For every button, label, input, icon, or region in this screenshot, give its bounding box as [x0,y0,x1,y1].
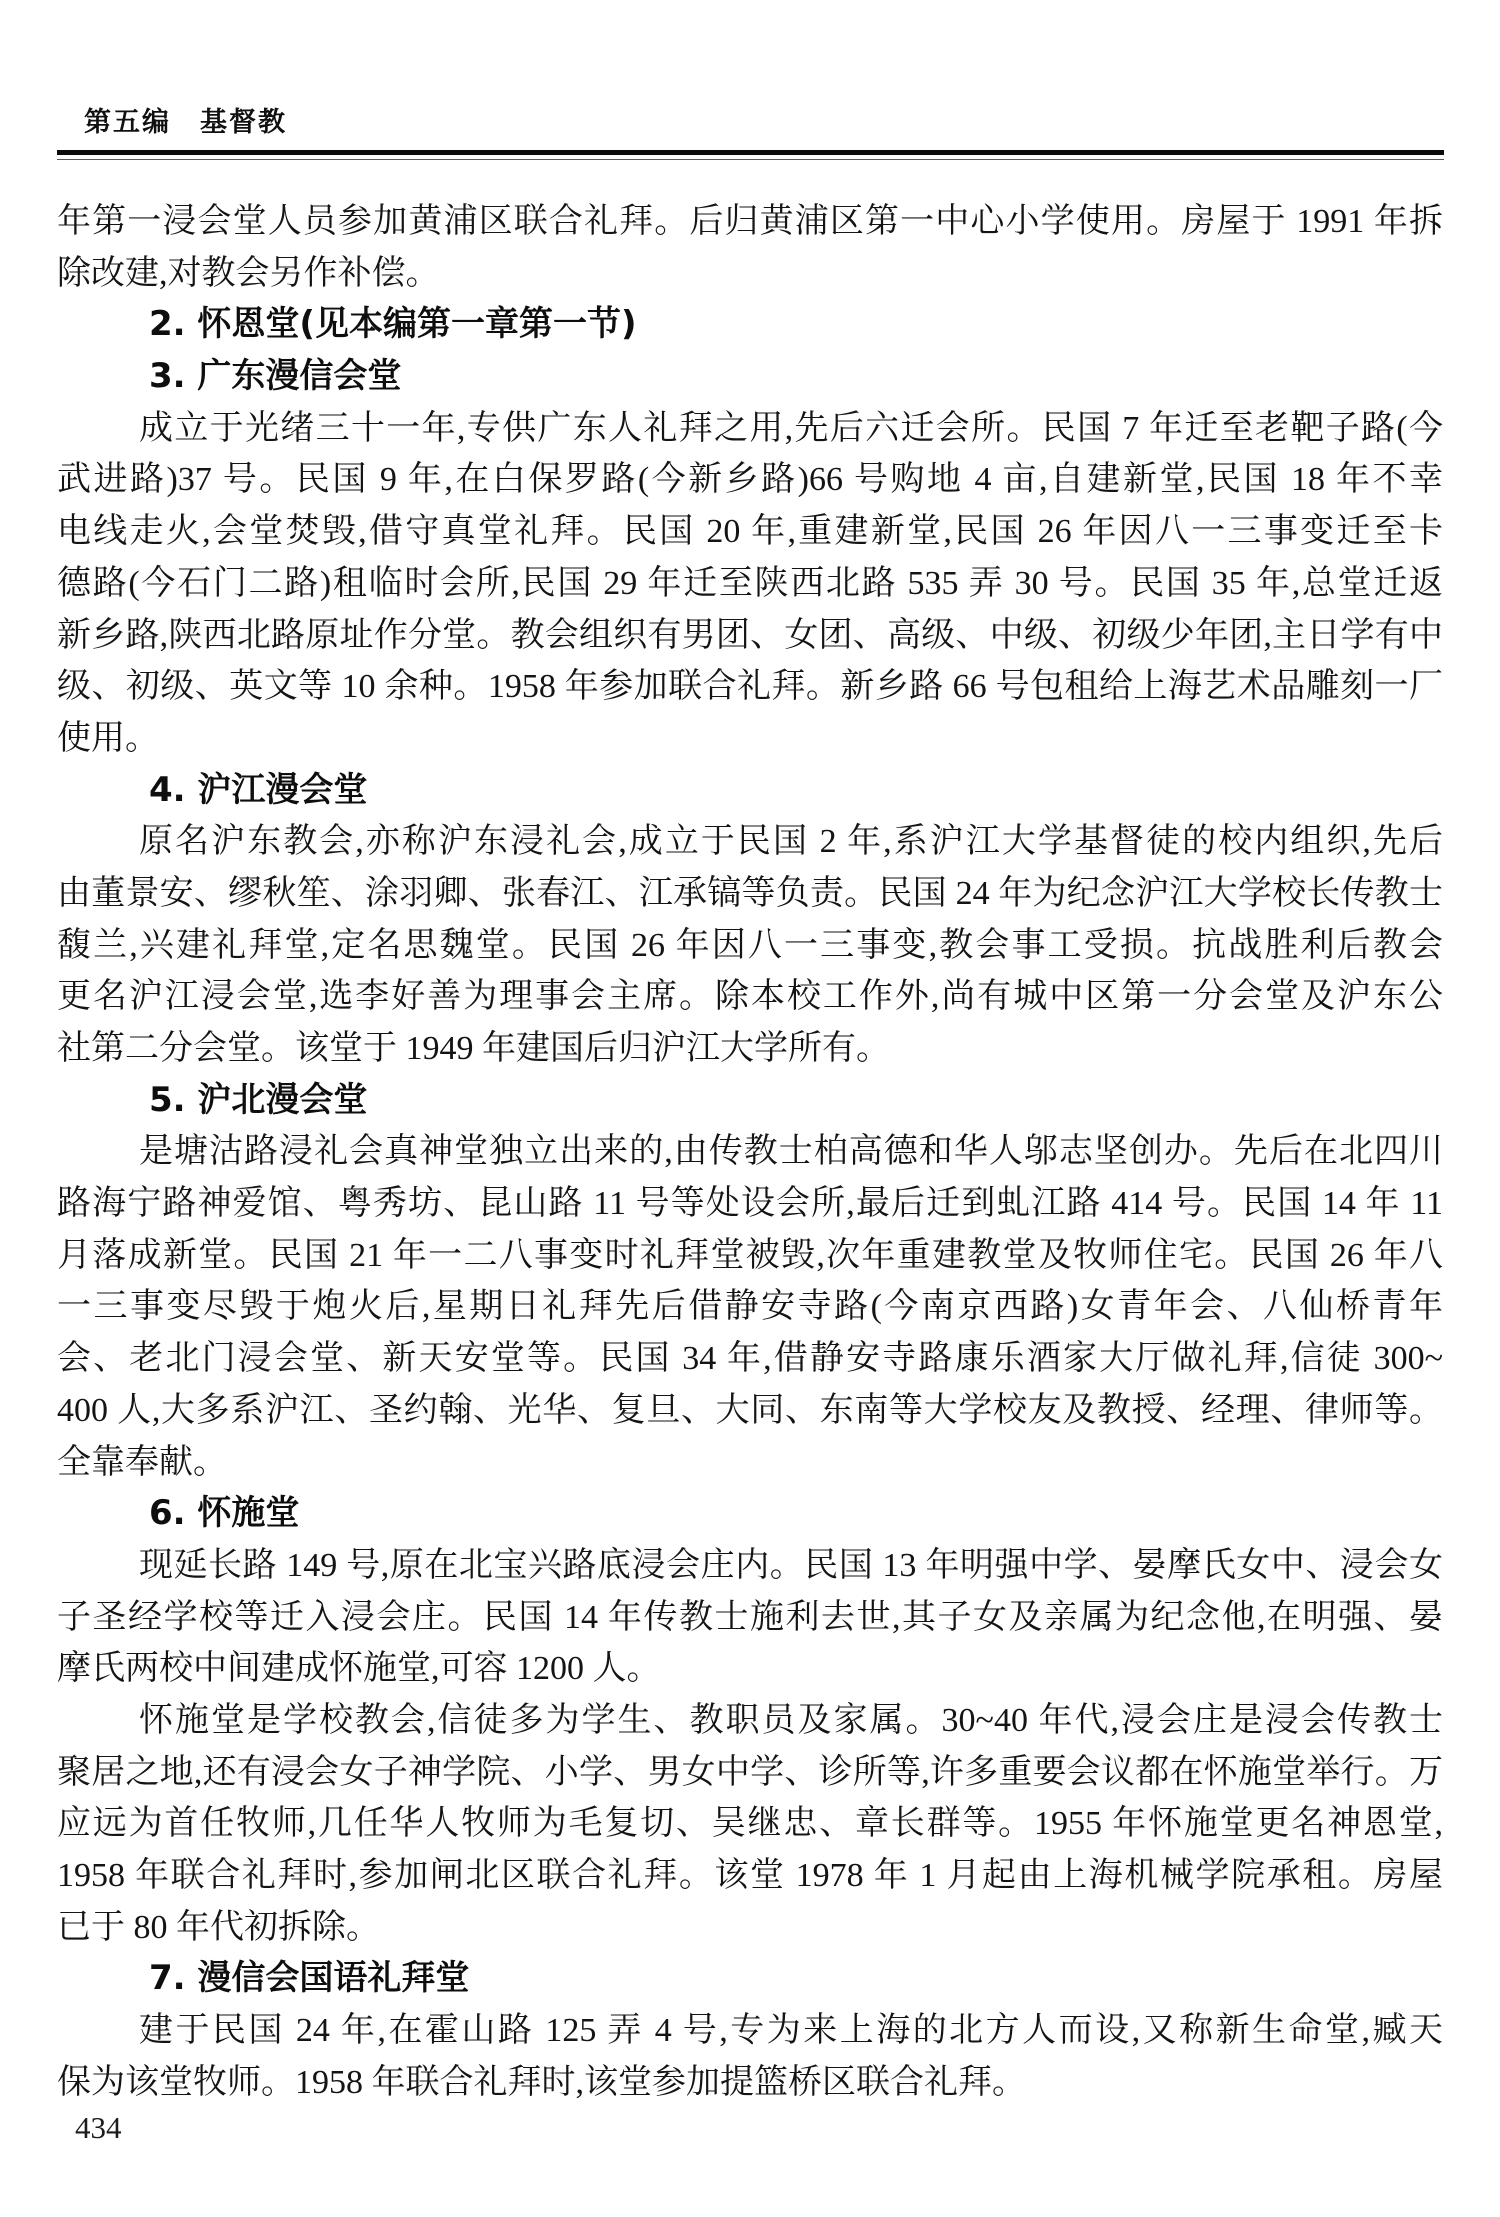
section-heading: 5. 沪北漫会堂 [57,1075,1443,1127]
section-heading: 7. 漫信会国语礼拜堂 [57,1953,1443,2005]
text-line: 电线走火,会堂焚毁,借守真堂礼拜。民国 20 年,重建新堂,民国 26 年因八一… [57,506,1443,558]
text-line: 现延长路 149 号,原在北宝兴路底浸会庄内。民国 13 年明强中学、晏摩氏女中… [57,1540,1443,1592]
text-line: 子圣经学校等迁入浸会庄。民国 14 年传教士施利去世,其子女及亲属为纪念他,在明… [57,1592,1443,1644]
text-line: 400 人,大多系沪江、圣约翰、光华、复旦、大同、东南等大学校友及教授、经理、律… [57,1385,1443,1437]
section-heading: 2. 怀恩堂(见本编第一章第一节) [57,299,1443,351]
section-heading: 3. 广东漫信会堂 [57,351,1443,403]
text-line: 社第二分会堂。该堂于 1949 年建国后归沪江大学所有。 [57,1023,1443,1075]
header-rule-thick [57,150,1444,155]
text-line: 成立于光绪三十一年,专供广东人礼拜之用,先后六迁会所。民国 7 年迁至老靶子路(… [57,403,1443,455]
text-line: 馥兰,兴建礼拜堂,定名思魏堂。民国 26 年因八一三事变,教会事工受损。抗战胜利… [57,920,1443,972]
text-line: 路海宁路神爱馆、粤秀坊、昆山路 11 号等处设会所,最后迁到虬江路 414 号。… [57,1178,1443,1230]
text-line: 摩氏两校中间建成怀施堂,可容 1200 人。 [57,1643,1443,1695]
text-line: 德路(今石门二路)租临时会所,民国 29 年迁至陕西北路 535 弄 30 号。… [57,558,1443,610]
section-heading: 4. 沪江漫会堂 [57,765,1443,817]
text-line: 更名沪江浸会堂,选李好善为理事会主席。除本校工作外,尚有城中区第一分会堂及沪东公 [57,971,1443,1023]
text-line: 由董景安、缪秋笙、涂羽卿、张春江、江承镐等负责。民国 24 年为纪念沪江大学校长… [57,868,1443,920]
text-line: 已于 80 年代初拆除。 [57,1902,1443,1954]
text-line: 级、初级、英文等 10 余种。1958 年参加联合礼拜。新乡路 66 号包租给上… [57,661,1443,713]
page-body: 年第一浸会堂人员参加黄浦区联合礼拜。后归黄浦区第一中心小学使用。房屋于 1991… [57,196,1443,2108]
header-rule-thin [57,159,1444,160]
text-line: 1958 年联合礼拜时,参加闸北区联合礼拜。该堂 1978 年 1 月起由上海机… [57,1850,1443,1902]
text-line: 使用。 [57,713,1443,765]
text-line: 原名沪东教会,亦称沪东浸礼会,成立于民国 2 年,系沪江大学基督徒的校内组织,先… [57,816,1443,868]
text-line: 怀施堂是学校教会,信徒多为学生、教职员及家属。30~40 年代,浸会庄是浸会传教… [57,1695,1443,1747]
text-line: 保为该堂牧师。1958 年联合礼拜时,该堂参加提篮桥区联合礼拜。 [57,2057,1443,2109]
page-number: 434 [75,2106,122,2150]
text-line: 武进路)37 号。民国 9 年,在白保罗路(今新乡路)66 号购地 4 亩,自建… [57,454,1443,506]
text-line: 聚居之地,还有浸会女子神学院、小学、男女中学、诊所等,许多重要会议都在怀施堂举行… [57,1747,1443,1799]
text-line: 是塘沽路浸礼会真神堂独立出来的,由传教士柏高德和华人邬志坚创办。先后在北四川 [57,1126,1443,1178]
text-line: 年第一浸会堂人员参加黄浦区联合礼拜。后归黄浦区第一中心小学使用。房屋于 1991… [57,196,1443,248]
text-line: 建于民国 24 年,在霍山路 125 弄 4 号,专为来上海的北方人而设,又称新… [57,2005,1443,2057]
text-line: 除改建,对教会另作补偿。 [57,248,1443,300]
running-header: 第五编 基督教 [84,100,287,139]
text-line: 会、老北门浸会堂、新天安堂等。民国 34 年,借静安寺路康乐酒家大厅做礼拜,信徒… [57,1333,1443,1385]
section-heading: 6. 怀施堂 [57,1488,1443,1540]
text-line: 应远为首任牧师,几任华人牧师为毛复切、吴继忠、章长群等。1955 年怀施堂更名神… [57,1798,1443,1850]
text-line: 一三事变尽毁于炮火后,星期日礼拜先后借静安寺路(今南京西路)女青年会、八仙桥青年 [57,1281,1443,1333]
text-line: 月落成新堂。民国 21 年一二八事变时礼拜堂被毁,次年重建教堂及牧师住宅。民国 … [57,1230,1443,1282]
text-line: 新乡路,陕西北路原址作分堂。教会组织有男团、女团、高级、中级、初级少年团,主日学… [57,610,1443,662]
document-page: 第五编 基督教 年第一浸会堂人员参加黄浦区联合礼拜。后归黄浦区第一中心小学使用。… [0,0,1500,2217]
text-line: 全靠奉献。 [57,1437,1443,1489]
